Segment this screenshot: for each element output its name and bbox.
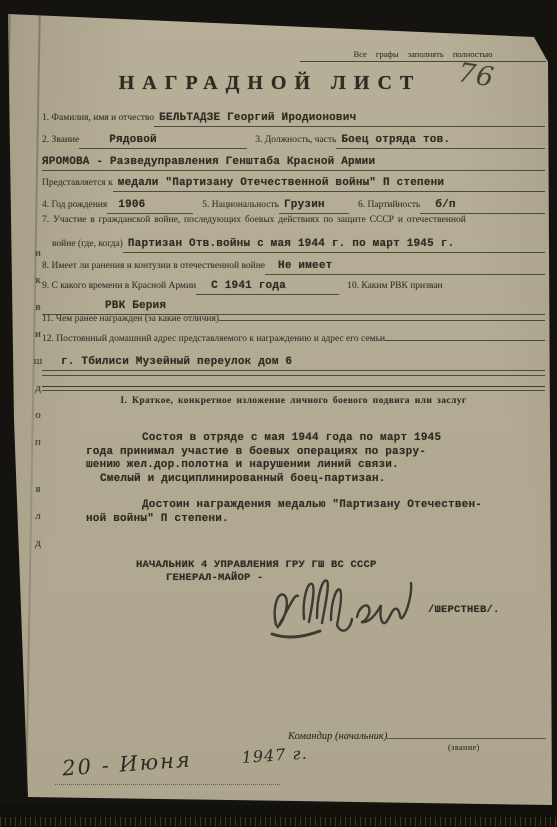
citation-line: года принимал участие в боевых операциях… (86, 446, 536, 460)
field-party-label: 6. Партийность (358, 200, 420, 210)
field-army-since-value: С 1941 года (201, 280, 286, 292)
field-party-value: б/п (425, 199, 455, 211)
field-army-since-label: 9. С какого времени в Красной Армии (42, 281, 196, 291)
field-position-value: Боец отряда тов. (341, 134, 450, 146)
section-divider (42, 386, 545, 391)
handwritten-date-daymonth: 20 - Июня (61, 748, 192, 781)
citation-line: ной войны" П степени. (86, 513, 536, 527)
field-address-label: 12. Постоянный домашний адрес представля… (42, 334, 385, 344)
field-nationality-value: Грузин (284, 199, 325, 211)
field-rank-position: 2. Звание Рядовой 3. Должность, часть Бо… (42, 129, 545, 149)
field-war-label2: войне (где, когда) (42, 239, 123, 249)
field-home-address: г. Тбилиси Музейный переулок дом 6 (42, 351, 545, 371)
commander-signature-line: Командир (начальник) (288, 731, 546, 742)
field-previous-awards: 11. Чем ранее награжден (за какие отличи… (42, 314, 545, 324)
document-page: иквишдопялд Все графы заполнять полность… (0, 0, 557, 827)
field-wounds-label: 8. Имеет ли ранения и контузии в отечест… (42, 261, 265, 271)
signer-title-line2: ГЕНЕРАЛ-МАЙОР - (166, 572, 264, 584)
handwritten-date: 20 - Июня 1947 г. (61, 739, 308, 780)
field-home-address-caption: 12. Постоянный домашний адрес представля… (42, 334, 545, 344)
field-position-value2: ЯРОМОВА - Разведуправления Генштаба Крас… (42, 156, 375, 168)
field-rank-value: Рядовой (84, 134, 157, 146)
citation-line: шению жел.дор.полотна и нарушении линий … (86, 459, 536, 473)
field-birthyear-label: 4. Год рождения (42, 200, 107, 210)
field-previous-awards-label: 11. Чем ранее награжден (за какие отличи… (42, 314, 219, 324)
field-nationality-label: 5. Национальность (202, 200, 279, 210)
citation-line: Состоя в отряде с мая 1944 года по март … (86, 432, 536, 446)
handwritten-signature (262, 565, 442, 650)
field-address-value: г. Тбилиси Музейный переулок дом 6 (61, 356, 292, 368)
scan-edge-strip (0, 805, 557, 827)
citation-gap (86, 486, 536, 499)
field-presented-label: Представляется к (42, 178, 113, 188)
scan-edge-microtext (0, 817, 557, 826)
signer-surname: /ШЕРСТНЕВ/. (428, 604, 500, 616)
blank-rule (42, 374, 545, 376)
field-rank-label: 2. Звание (42, 135, 79, 145)
field-presented-for: Представляется к медали "Партизану Отече… (42, 172, 545, 192)
field-position-continued: ЯРОМОВА - Разведуправления Генштаба Крас… (42, 151, 545, 171)
field-presented-value: медали "Партизану Отечественной войны" П… (118, 177, 444, 189)
fill-all-note: Все графы заполнять полностью (300, 49, 546, 62)
field-rvk-label: 10. Каким РВК призван (347, 281, 442, 291)
date-rule (55, 784, 280, 785)
field-name-value: БЕЛЬТАДЗЕ Георгий Иродионович (159, 112, 356, 124)
section-heading: I. Краткое, конкретное изложение личного… (42, 396, 545, 406)
field-birthyear-value: 1906 (112, 199, 145, 211)
field-birth-nationality-party: 4. Год рождения 1906 5. Национальность Г… (42, 194, 545, 214)
field-wounds: 8. Имеет ли ранения и контузии в отечест… (42, 255, 545, 275)
citation-line: Смелый и дисциплинированный боец-партиза… (86, 473, 536, 487)
document-title: НАГРАДНОЙ ЛИСТ (110, 72, 430, 95)
field-army-since: 9. С какого времени в Красной Армии С 19… (42, 275, 545, 295)
field-war-participation: войне (где, когда) Партизан Отв.войны с … (42, 233, 545, 253)
field-position-label: 3. Должность, часть (255, 135, 336, 145)
field-rvk-value: РВК Берия (105, 300, 166, 312)
citation-text: Состоя в отряде с мая 1944 года по март … (86, 432, 536, 526)
field-wounds-value: Не имеет (270, 260, 332, 272)
scanned-award-document: { "colors": { "paper": "#b4ab94", "backg… (0, 0, 557, 827)
handwritten-date-year: 1947 г. (241, 743, 308, 767)
field-war-participation-caption: 7. Участие в гражданской войне, последую… (42, 215, 545, 225)
field-name-label: 1. Фамилия, имя и отчество (42, 113, 154, 123)
page-number-handwritten: 76 (456, 57, 497, 93)
rank-hint: (звание) (448, 743, 480, 752)
citation-line: Достоин награждения медалью "Партизану О… (86, 499, 536, 513)
field-rvk: РВК Берия (42, 295, 545, 315)
field-war-label: 7. Участие в гражданской войне, последую… (42, 215, 466, 225)
field-name: 1. Фамилия, имя и отчество БЕЛЬТАДЗЕ Гео… (42, 107, 545, 127)
paper-edge-shadow (0, 14, 11, 800)
field-war-value: Партизан Отв.войны с мая 1944 г. по март… (128, 238, 454, 250)
